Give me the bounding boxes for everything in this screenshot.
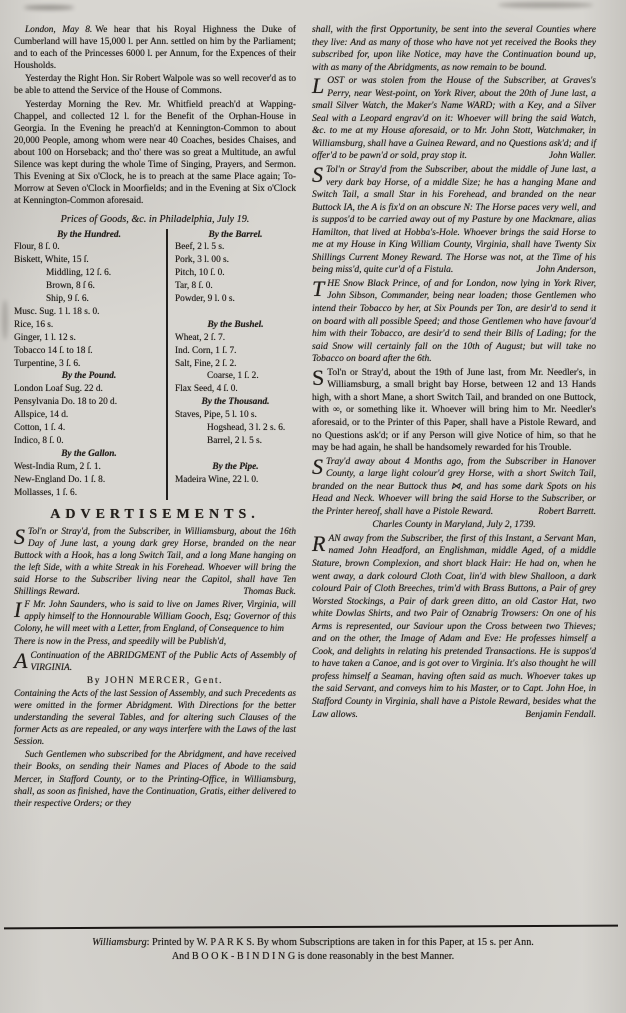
price-row-text: Hogshead, 3 l. 2 s. 6. — [207, 423, 285, 433]
paragraph-text: Tol'n or Stray'd, about the 19th of June… — [312, 368, 596, 453]
scan-smudge — [498, 2, 593, 8]
price-row: Staves, Pipe, 5 l. 10 s. — [175, 409, 296, 422]
drop-cap: S — [312, 456, 326, 476]
paragraph-text: Yesterday Morning the Rev. Mr. Whitfield… — [14, 100, 296, 207]
price-row — [175, 306, 296, 319]
price-row-text: Ind. Corn, 1 ſ. 7. — [175, 346, 236, 356]
price-row-text: Indico, 8 ſ. 0. — [14, 436, 64, 446]
price-row-text: By the Hundred. — [57, 230, 121, 240]
price-row-text: By the Pipe. — [212, 462, 258, 472]
advertisement: shall, with the first Opportunity, be se… — [312, 24, 596, 74]
price-row-text: Pitch, 10 ſ. 0. — [175, 268, 225, 278]
price-row: Turpentine, 3 ſ. 6. — [14, 358, 164, 371]
price-row: Indico, 8 ſ. 0. — [14, 435, 164, 448]
price-row-text: Allspice, 14 d. — [14, 410, 68, 420]
price-row-text: By the Bushel. — [207, 320, 263, 330]
price-row: Brown, 8 ſ 6. — [14, 280, 164, 293]
advertisement: STol'n or Stray'd from the Subscriber, a… — [312, 164, 596, 277]
imprint-city: Williamsburg — [92, 937, 147, 948]
news-paragraph: Yesterday Morning the Rev. Mr. Whitfield… — [14, 99, 296, 208]
paragraph-text: OST or was stolen from the House of the … — [312, 76, 596, 161]
price-row — [175, 448, 296, 461]
advertisement: STol'n or Stray'd, from the Subscriber, … — [14, 526, 296, 599]
prices-table-title: Prices of Goods, &c. in Philadelphia, Ju… — [14, 214, 296, 226]
price-row: By the Gallon. — [14, 448, 164, 461]
price-row: Cotton, 1 ſ. 4. — [14, 422, 164, 435]
advertisement: STol'n or Stray'd, about the 19th of Jun… — [312, 367, 596, 455]
price-row: By the Hundred. — [14, 229, 164, 242]
prices-left-subcolumn: By the Hundred.Flour, 8 ſ. 0.Biskett, Wh… — [14, 229, 164, 500]
price-row: Coarse, 1 ſ. 2. — [175, 370, 296, 383]
price-row: Tar, 8 ſ. 0. — [175, 280, 296, 293]
right-ads-section: shall, with the first Opportunity, be se… — [312, 24, 596, 721]
price-row: West-India Rum, 2 ſ. 1. — [14, 461, 164, 474]
paragraph-text: Tol'n or Stray'd from the Subscriber, ab… — [312, 165, 596, 275]
price-row: Flax Seed, 4 ſ. 0. — [175, 383, 296, 396]
price-row: Pensylvania Do. 18 to 20 d. — [14, 396, 164, 409]
advertisement: RAN away from the Subscriber, the first … — [312, 533, 596, 721]
price-row-text: Staves, Pipe, 5 l. 10 s. — [175, 410, 257, 420]
advertisement: By JOHN MERCER, Gent. — [14, 675, 296, 687]
price-row-text: Brown, 8 ſ 6. — [46, 281, 95, 291]
price-row-text: Ginger, 1 l. 12 s. — [14, 333, 76, 343]
price-row: Musc. Sug. 1 l. 18 s. 0. — [14, 306, 164, 319]
paragraph-text: shall, with the first Opportunity, be se… — [312, 25, 596, 73]
drop-cap: I — [14, 599, 24, 619]
price-row-text: Wheat, 2 ſ. 7. — [175, 333, 225, 343]
news-section: London, May 8.We hear that his Royal Hig… — [14, 24, 296, 207]
price-row-text: By the Barrel. — [209, 230, 263, 240]
price-row-text: New-England Do. 1 ſ. 8. — [14, 475, 105, 485]
price-row: Madeira Wine, 22 l. 0. — [175, 474, 296, 487]
imprint-line-2: And B O O K - B I N D I N G is done reas… — [0, 950, 626, 964]
drop-cap: A — [14, 650, 30, 670]
paragraph-text: F Mr. John Saunders, who is said to live… — [14, 600, 296, 634]
advertisement: Such Gentlemen who subscribed for the Ab… — [14, 749, 296, 809]
left-ads-section: STol'n or Stray'd, from the Subscriber, … — [14, 526, 296, 810]
advertisement: There is now in the Press, and speedily … — [14, 636, 296, 648]
drop-cap: R — [312, 533, 328, 553]
price-row-text: London Loaf Sug. 22 d. — [14, 384, 103, 394]
signature: Robert Barrett. — [530, 506, 596, 519]
signature: John Anderson, — [529, 264, 596, 277]
price-row: Flour, 8 ſ. 0. — [14, 241, 164, 254]
price-row-text: Rice, 16 s. — [14, 320, 53, 330]
price-row-text: Tar, 8 ſ. 0. — [175, 281, 213, 291]
price-row: Beef, 2 l. 5 s. — [175, 241, 296, 254]
news-paragraph: Yesterday the Right Hon. Sir Robert Walp… — [14, 73, 296, 97]
paragraph-text: AN away from the Subscriber, the first o… — [312, 534, 596, 720]
price-row: By the Pound. — [14, 370, 164, 383]
price-row-text: Musc. Sug. 1 l. 18 s. 0. — [14, 307, 100, 317]
price-row-text: Flax Seed, 4 ſ. 0. — [175, 384, 238, 394]
price-row: Rice, 16 s. — [14, 319, 164, 332]
price-row: New-England Do. 1 ſ. 8. — [14, 474, 164, 487]
signature: John Waller. — [541, 150, 596, 163]
price-row-text: Pork, 3 l. 00 s. — [175, 255, 229, 265]
price-row: Salt, Fine, 2 ſ. 2. — [175, 358, 296, 371]
advertisements-heading: ADVERTISEMENTS. — [14, 509, 296, 521]
price-row-text: Middling, 12 ſ. 6. — [46, 268, 111, 278]
price-row-text: West-India Rum, 2 ſ. 1. — [14, 462, 101, 472]
price-row-text: Pensylvania Do. 18 to 20 d. — [14, 397, 117, 407]
price-row: Wheat, 2 ſ. 7. — [175, 332, 296, 345]
advertisement: AContinuation of the ABRIDGMENT of the P… — [14, 650, 296, 674]
prices-right-subcolumn: By the Barrel.Beef, 2 l. 5 s.Pork, 3 l. … — [166, 229, 296, 500]
price-row-text: By the Pound. — [62, 371, 117, 381]
price-row: By the Thousand. — [175, 396, 296, 409]
drop-cap: S — [312, 367, 327, 387]
drop-cap: S — [312, 164, 326, 184]
advertisement: Containing the Acts of the last Session … — [14, 688, 296, 748]
price-row: Middling, 12 ſ. 6. — [14, 267, 164, 280]
dateline-lead: London, May 8. — [25, 25, 92, 35]
price-row: By the Barrel. — [175, 229, 296, 242]
prices-table: By the Hundred.Flour, 8 ſ. 0.Biskett, Wh… — [14, 229, 296, 500]
price-row: Barrel, 2 l. 5 s. — [175, 435, 296, 448]
paragraph-text: HE Snow Black Prince, of and for London,… — [312, 279, 596, 364]
advertisement: IF Mr. John Saunders, who is said to liv… — [14, 599, 296, 635]
advertisement: THE Snow Black Prince, of and for London… — [312, 278, 596, 366]
imprint-footer: Williamsburg: Printed by W. P A R K S. B… — [0, 926, 626, 963]
price-row: By the Pipe. — [175, 461, 296, 474]
imprint-line-1: Williamsburg: Printed by W. P A R K S. B… — [0, 936, 626, 950]
footer-rule — [4, 925, 618, 930]
price-row: Tobacco 14 ſ. to 18 ſ. — [14, 345, 164, 358]
paragraph-text: Continuation of the ABRIDGMENT of the Pu… — [30, 651, 296, 673]
price-row-text: By the Thousand. — [202, 397, 270, 407]
price-row-text: Madeira Wine, 22 l. 0. — [175, 475, 258, 485]
price-row-text: Barrel, 2 l. 5 s. — [207, 436, 262, 446]
left-column: London, May 8.We hear that his Royal Hig… — [14, 24, 296, 916]
price-row-text: Biskett, White, 15 ſ. — [14, 255, 89, 265]
drop-cap: T — [312, 278, 327, 298]
price-row-text: Salt, Fine, 2 ſ. 2. — [175, 359, 236, 369]
advertisement: LOST or was stolen from the House of the… — [312, 75, 596, 163]
paragraph-text: There is now in the Press, and speedily … — [14, 637, 226, 647]
paragraph-text: Yesterday the Right Hon. Sir Robert Walp… — [14, 74, 296, 96]
price-row-text: Flour, 8 ſ. 0. — [14, 242, 60, 252]
price-row: Hogshead, 3 l. 2 s. 6. — [175, 422, 296, 435]
signature: Benjamin Fendall. — [517, 709, 596, 722]
price-row-text: Turpentine, 3 ſ. 6. — [14, 359, 80, 369]
price-row-text: Ship, 9 ſ. 6. — [46, 294, 89, 304]
paragraph-text: Charles County in Maryland, July 2, 1739… — [372, 520, 535, 530]
paragraph-text: Such Gentlemen who subscribed for the Ab… — [14, 750, 296, 808]
price-row: By the Bushel. — [175, 319, 296, 332]
scan-smudge — [24, 5, 74, 10]
signature: Thomas Buck. — [235, 586, 296, 598]
price-row-text: Beef, 2 l. 5 s. — [175, 242, 224, 252]
paragraph-text: Containing the Acts of the last Session … — [14, 689, 296, 747]
price-row: Biskett, White, 15 ſ. — [14, 254, 164, 267]
advertisement: STray'd away about 4 Months ago, from th… — [312, 456, 596, 519]
price-row-text: By the Gallon. — [61, 449, 117, 459]
price-row: Ind. Corn, 1 ſ. 7. — [175, 345, 296, 358]
price-row-text: Cotton, 1 ſ. 4. — [14, 423, 65, 433]
price-row-text: Coarse, 1 ſ. 2. — [207, 371, 259, 381]
news-paragraph: London, May 8.We hear that his Royal Hig… — [14, 24, 296, 72]
drop-cap: S — [14, 526, 28, 546]
paragraph-text: By JOHN MERCER, Gent. — [87, 676, 223, 686]
price-row: Allspice, 14 d. — [14, 409, 164, 422]
right-column: shall, with the first Opportunity, be se… — [312, 24, 596, 916]
price-row: London Loaf Sug. 22 d. — [14, 383, 164, 396]
price-row-text: Powder, 9 l. 0 s. — [175, 294, 235, 304]
advertisement: Charles County in Maryland, July 2, 1739… — [312, 519, 596, 532]
price-row: Pork, 3 l. 00 s. — [175, 254, 296, 267]
price-row: Mollasses, 1 ſ. 6. — [14, 487, 164, 500]
imprint-text: : Printed by W. P A R K S. By whom Subsc… — [147, 937, 534, 948]
newspaper-page: London, May 8.We hear that his Royal Hig… — [0, 0, 626, 1013]
price-row: Ginger, 1 l. 12 s. — [14, 332, 164, 345]
price-row: Powder, 9 l. 0 s. — [175, 293, 296, 306]
scan-smudge — [2, 300, 8, 340]
two-column-layout: London, May 8.We hear that his Royal Hig… — [0, 24, 626, 916]
drop-cap: L — [312, 75, 327, 95]
price-row-text: Mollasses, 1 ſ. 6. — [14, 488, 77, 498]
price-row: Ship, 9 ſ. 6. — [14, 293, 164, 306]
price-row: Pitch, 10 ſ. 0. — [175, 267, 296, 280]
price-row-text: Tobacco 14 ſ. to 18 ſ. — [14, 346, 93, 356]
